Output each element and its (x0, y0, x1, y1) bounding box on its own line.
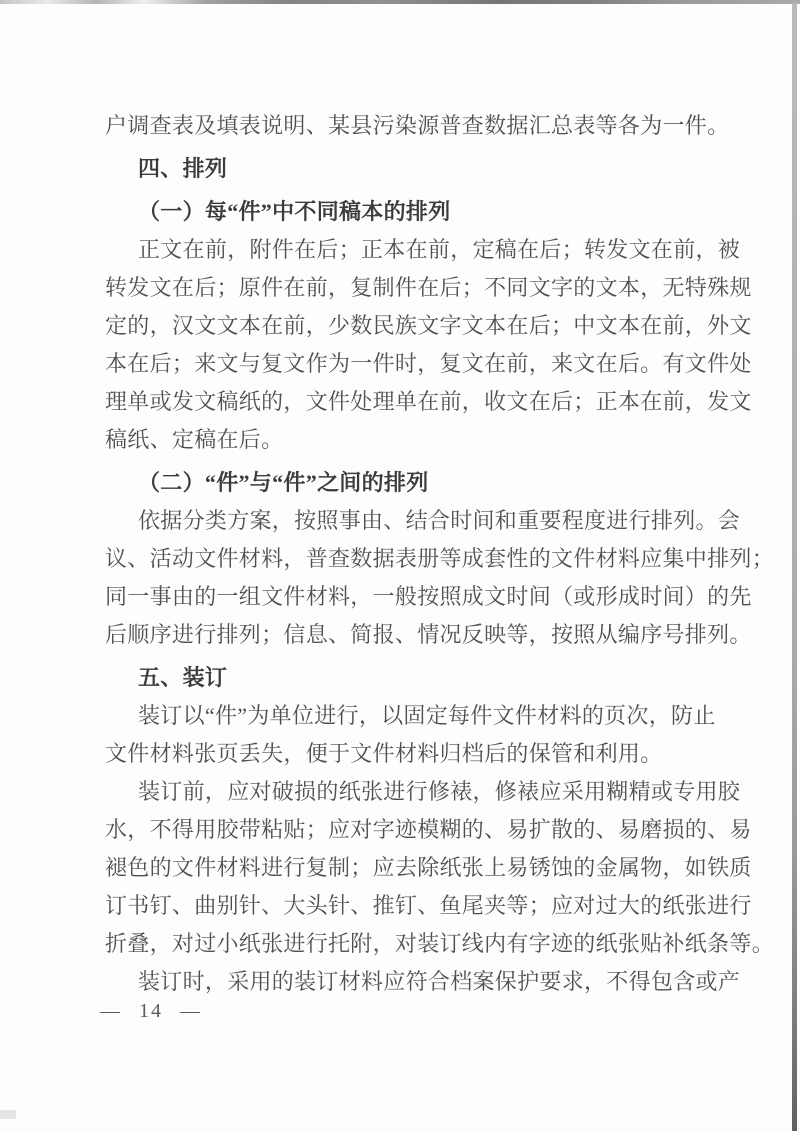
paragraph: 装订时，采用的装订材料应符合档案保护要求，不得包含或产 (105, 963, 721, 1001)
text-line: 订书钉、曲别针、大头针、推钉、鱼尾夹等；应对过大的纸张进行 (105, 887, 721, 925)
paragraph: 装订前，应对破损的纸张进行修裱，修裱应采用糊精或专用胶水，不得用胶带粘贴；应对字… (105, 773, 721, 963)
text-line: 文件材料张页丢失，便于文件材料归档后的保管和利用。 (105, 735, 721, 773)
section-heading: 五、装订 (105, 659, 721, 697)
text-line: 四、排列 (105, 150, 721, 188)
text-line: 本在后；来文与复文作为一件时，复文在前，来文在后。有文件处 (105, 345, 721, 383)
text-line: 正文在前，附件在后；正本在前，定稿在后；转发文在前，被 (105, 231, 721, 269)
text-line: 折叠，对过小纸张进行托附，对装订线内有字迹的纸张贴补纸条等。 (105, 925, 721, 963)
section-heading: 四、排列 (105, 150, 721, 188)
text-line: 装订以“件”为单位进行，以固定每件文件材料的页次，防止 (105, 697, 721, 735)
text-line: （二）“件”与“件”之间的排列 (105, 464, 721, 502)
text-line: 转发文在后；原件在前，复制件在后；不同文字的文本，无特殊规 (105, 269, 721, 307)
subsection-heading: （二）“件”与“件”之间的排列 (105, 464, 721, 502)
paragraph: 依据分类方案，按照事由、结合时间和重要程度进行排列。会议、活动文件材料，普查数据… (105, 502, 721, 654)
paragraph-continuation: 户调查表及填表说明、某县污染源普查数据汇总表等各为一件。 (105, 107, 721, 145)
text-line: 定的，汉文文本在前，少数民族文字文本在后；中文本在前，外文 (105, 307, 721, 345)
paragraph: 正文在前，附件在后；正本在前，定稿在后；转发文在前，被转发文在后；原件在前，复制… (105, 231, 721, 459)
scan-artifact-top-edge (0, 0, 800, 4)
paragraph: 装订以“件”为单位进行，以固定每件文件材料的页次，防止文件材料张页丢失，便于文件… (105, 697, 721, 773)
text-line: 依据分类方案，按照事由、结合时间和重要程度进行排列。会 (105, 502, 721, 540)
text-line: 装订前，应对破损的纸张进行修裱，修裱应采用糊精或专用胶 (105, 773, 721, 811)
text-line: 后顺序进行排列；信息、简报、情况反映等，按照从编序号排列。 (105, 616, 721, 654)
scanned-document-page: 户调查表及填表说明、某县污染源普查数据汇总表等各为一件。四、排列（一）每“件”中… (0, 0, 800, 1131)
text-line: （一）每“件”中不同稿本的排列 (105, 193, 721, 231)
text-line: 稿纸、定稿在后。 (105, 421, 721, 459)
subsection-heading: （一）每“件”中不同稿本的排列 (105, 193, 721, 231)
text-line: 理单或发文稿纸的，文件处理单在前，收文在后；正本在前，发文 (105, 383, 721, 421)
page-number: — 14 — (100, 1000, 202, 1023)
text-line: 装订时，采用的装订材料应符合档案保护要求，不得包含或产 (105, 963, 721, 1001)
document-body: 户调查表及填表说明、某县污染源普查数据汇总表等各为一件。四、排列（一）每“件”中… (105, 107, 721, 1001)
scan-artifact-right-edge (792, 2, 797, 1131)
text-line: 五、装订 (105, 659, 721, 697)
text-line: 户调查表及填表说明、某县污染源普查数据汇总表等各为一件。 (105, 107, 721, 145)
text-line: 同一事由的一组文件材料，一般按照成文时间（或形成时间）的先 (105, 578, 721, 616)
text-line: 议、活动文件材料，普查数据表册等成套性的文件材料应集中排列； (105, 540, 721, 578)
text-line: 褪色的文件材料进行复制；应去除纸张上易锈蚀的金属物，如铁质 (105, 849, 721, 887)
scan-artifact-smudge (0, 1110, 16, 1119)
text-line: 水，不得用胶带粘贴；应对字迹模糊的、易扩散的、易磨损的、易 (105, 811, 721, 849)
